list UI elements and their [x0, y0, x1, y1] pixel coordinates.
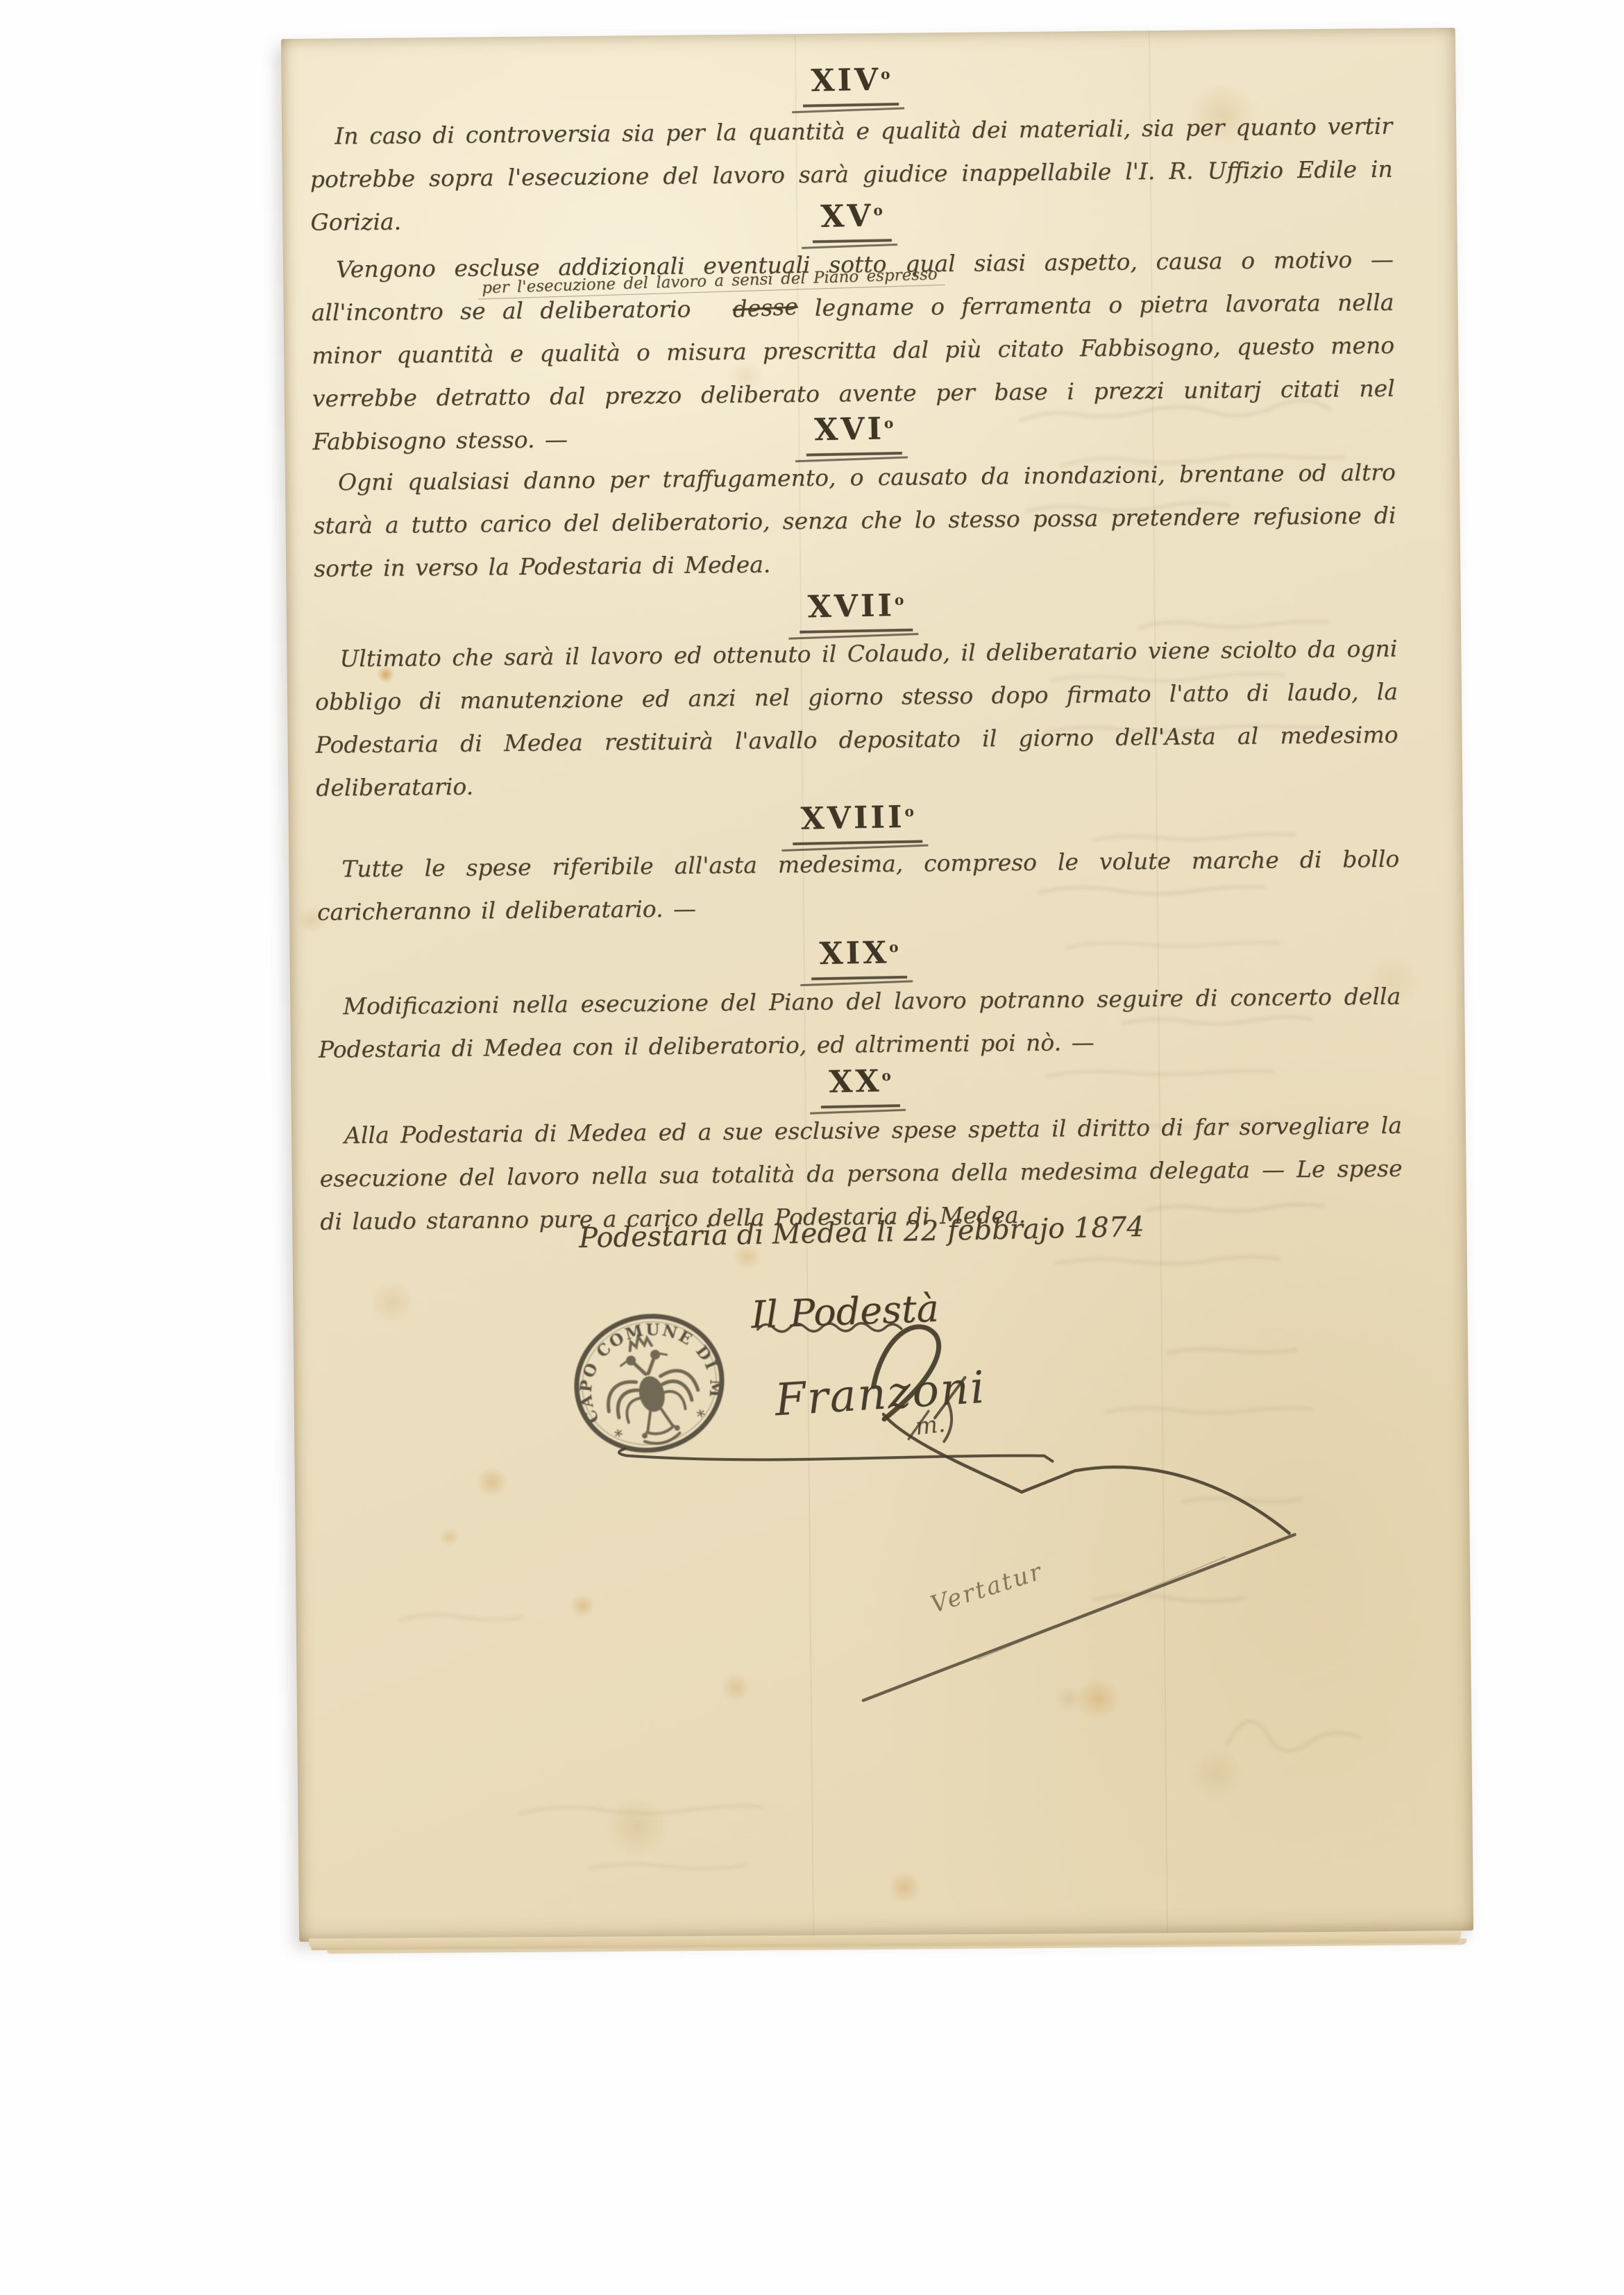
pencil-diagonal-line — [836, 1514, 1324, 1727]
degree-mark: o — [881, 66, 890, 83]
section-body-xviii: Tutte le spese riferibile all'asta medes… — [316, 838, 1400, 934]
section-body-xvi: Ogni qualsiasi danno per traffugamento, … — [313, 451, 1397, 591]
signature-note: m. — [914, 1410, 947, 1441]
signature-name: Franzoni — [772, 1362, 987, 1427]
section-numeral: XX — [829, 1064, 882, 1100]
section-numeral: XIX — [819, 935, 890, 972]
manuscript-page: XIVo In caso di controversia sia per la … — [281, 28, 1473, 1942]
degree-mark: o — [881, 1067, 891, 1084]
section-numeral: XV — [820, 198, 874, 235]
degree-mark: o — [873, 202, 883, 219]
degree-mark: o — [905, 803, 915, 820]
section-numeral: XVII — [807, 588, 895, 625]
degree-mark: o — [894, 591, 904, 608]
section-body-xix: Modificazioni nella esecuzione del Piano… — [318, 975, 1401, 1072]
section-numeral: XVIII — [800, 799, 905, 837]
degree-mark: o — [884, 415, 894, 432]
degree-mark: o — [889, 939, 899, 956]
struck-word: desse — [707, 285, 799, 332]
scanned-document: XIVo In caso di controversia sia per la … — [0, 0, 1624, 2295]
section-body-xvii: Ultimato che sarà il lavoro ed ottenuto … — [314, 627, 1398, 810]
section-numeral: XIV — [811, 62, 881, 99]
section-numeral: XVI — [814, 411, 885, 448]
